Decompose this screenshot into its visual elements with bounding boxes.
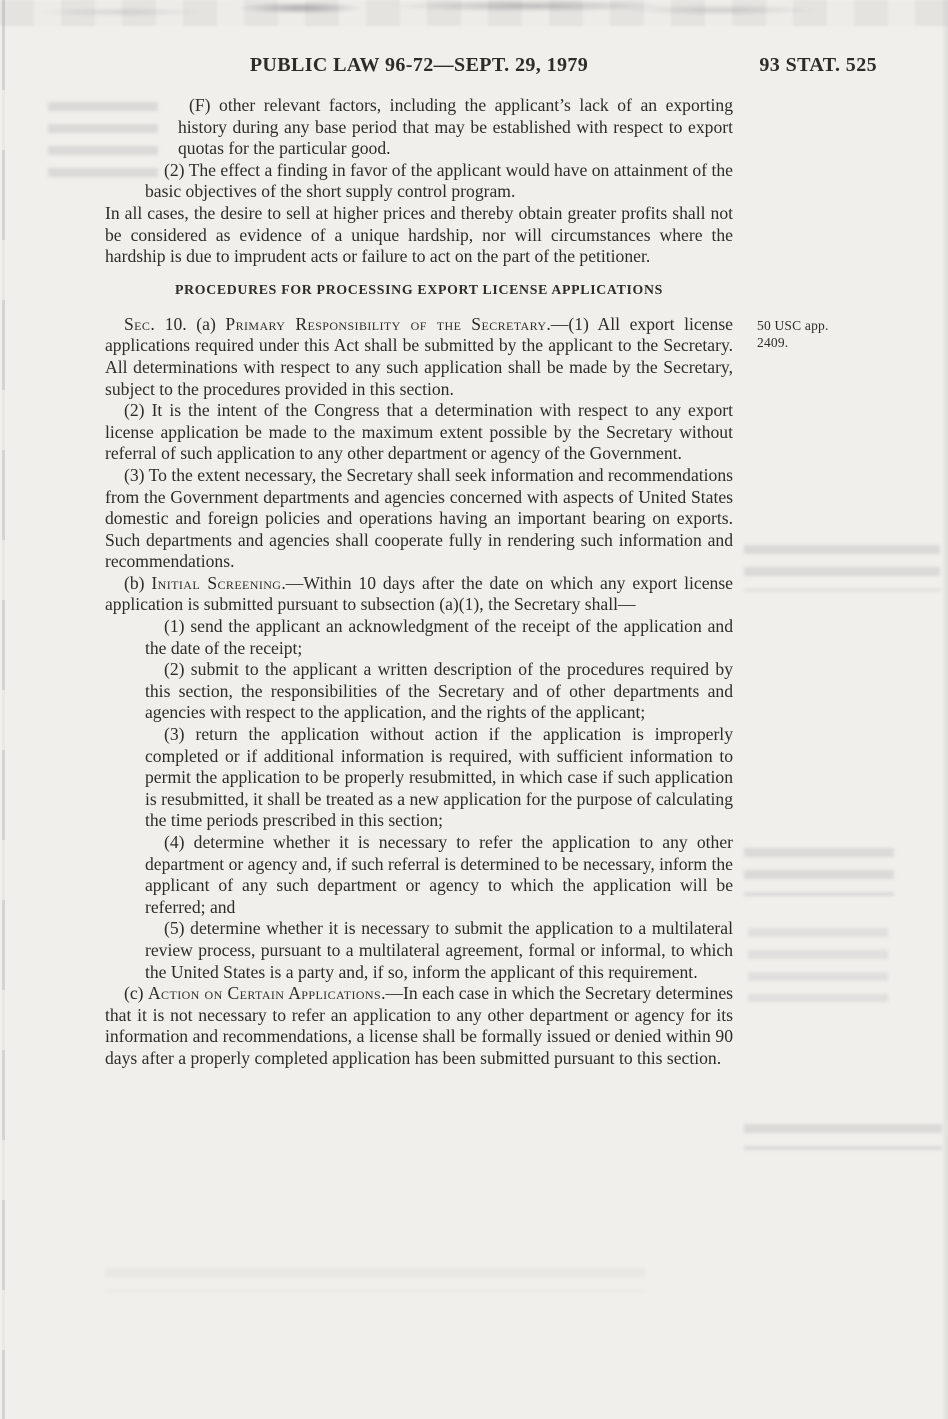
statute-paragraph: (2) submit to the applicant a written de… [145,659,733,724]
page-edge-shade [941,0,948,1419]
body-text: 10. (a) [155,314,225,334]
body-text: (2) It is the intent of the Congress tha… [105,400,733,463]
body-text: In all cases, the desire to sell at high… [105,203,733,266]
section-heading: PROCEDURES FOR PROCESSING EXPORT LICENSE… [105,282,733,298]
bleedthrough-artifact [105,1268,645,1292]
statute-paragraph: (b) Initial Screening.—Within 10 days af… [105,573,733,616]
statute-paragraph: (4) determine whether it is necessary to… [145,832,733,918]
body-text: (b) [124,573,151,593]
bleedthrough-artifact [744,1124,942,1150]
body-text: (F) other relevant factors, including th… [178,95,733,158]
statute-paragraph: (2) The effect a finding in favor of the… [145,160,733,203]
margin-note-usc-citation: 50 USC app.2409. [757,317,887,351]
statute-paragraph: (3) To the extent necessary, the Secreta… [105,465,733,573]
small-caps-text: Initial Screening [151,573,281,593]
statute-paragraph: (1) send the applicant an acknowledgment… [145,616,733,659]
page-header-stat-number: 93 STAT. 525 [759,54,877,77]
body-text: (1) send the applicant an acknowledgment… [145,616,733,658]
bleedthrough-artifact [744,848,894,896]
body-text: (2) submit to the applicant a written de… [145,659,733,722]
body-text: (2) The effect a finding in favor of the… [145,160,733,202]
scanned-statute-page: PUBLIC LAW 96-72—SEPT. 29, 1979 93 STAT.… [0,0,948,1419]
statute-paragraph: (3) return the application without actio… [145,724,733,832]
statute-paragraph: (F) other relevant factors, including th… [178,95,733,160]
small-caps-text: Primary Responsibility of the Secretary [225,314,546,334]
small-caps-text: Sec. [124,314,155,334]
statute-paragraph: (5) determine whether it is necessary to… [145,918,733,983]
body-text: (3) To the extent necessary, the Secreta… [105,465,733,571]
page-edge-line [2,0,5,1419]
statute-paragraph: (2) It is the intent of the Congress tha… [105,400,733,465]
body-text: (3) return the application without actio… [145,724,733,830]
small-caps-text: Action on Certain Applications [148,983,381,1003]
scan-noise-band [0,0,948,26]
statute-paragraph: In all cases, the desire to sell at high… [105,203,733,268]
document-body: (F) other relevant factors, including th… [105,95,733,1070]
page-header-law-title: PUBLIC LAW 96-72—SEPT. 29, 1979 [105,54,733,77]
statute-paragraph: Sec. 10. (a) Primary Responsibility of t… [105,314,733,400]
bleedthrough-artifact [744,545,940,591]
bleedthrough-artifact [748,928,888,1002]
body-text: (c) [124,983,148,1003]
statute-paragraph: (c) Action on Certain Applications.—In e… [105,983,733,1069]
body-text: (5) determine whether it is necessary to… [145,918,733,981]
body-text: (4) determine whether it is necessary to… [145,832,733,917]
